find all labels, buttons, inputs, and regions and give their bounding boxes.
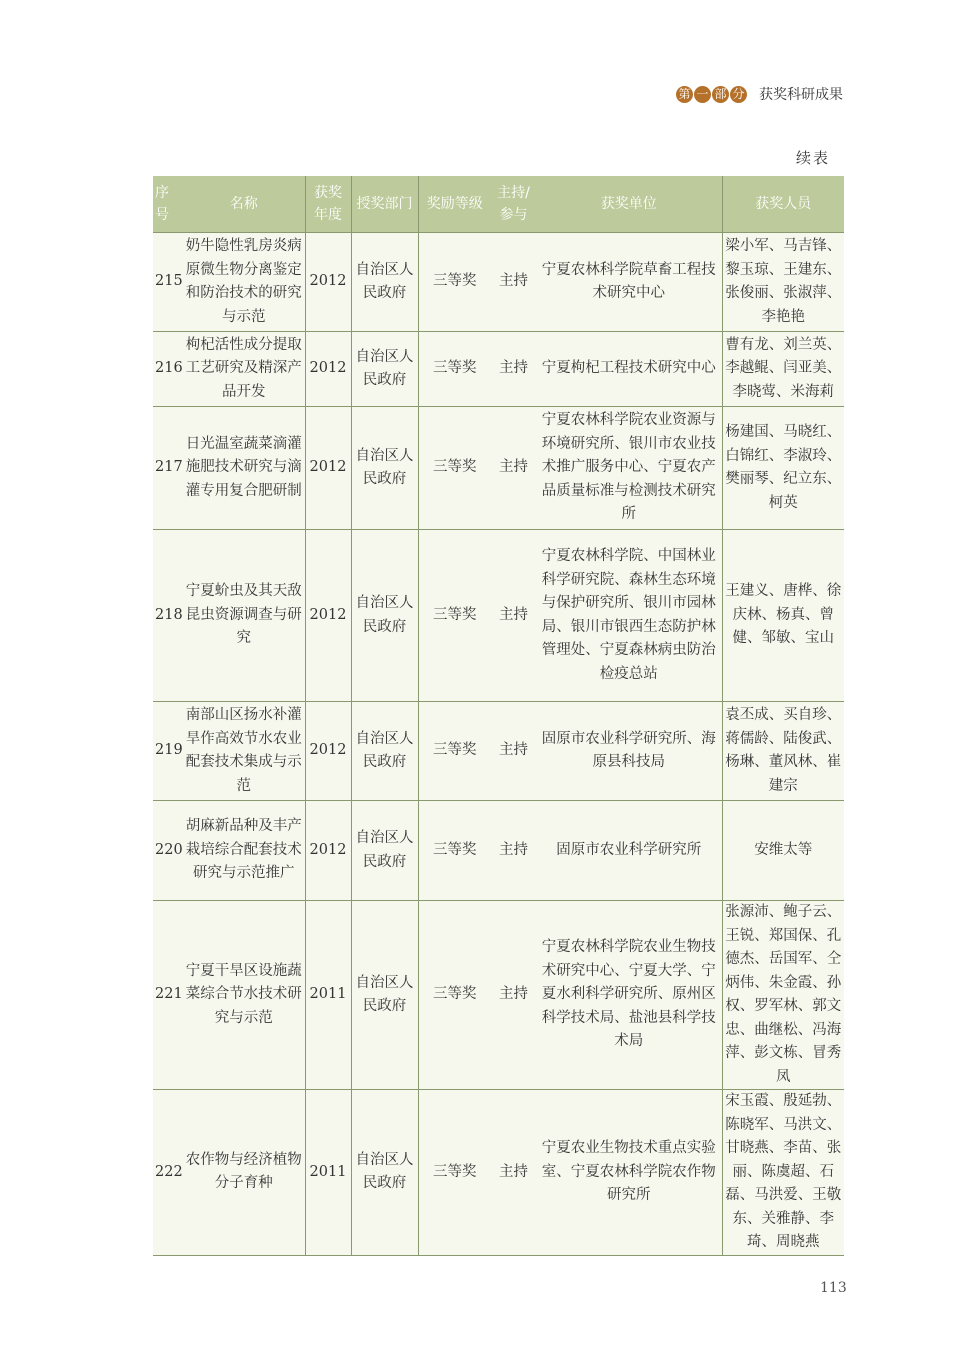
cell-name: 胡麻新品种及丰产栽培综合配套技术研究与示范推广: [183, 801, 305, 901]
table-header-row: 序号 名称 获奖年度 授奖部门 奖励等级 主持/参与 获奖单位 获奖人员: [153, 176, 844, 233]
table-row: 219 南部山区扬水补灌旱作高效节水农业配套技术集成与示范 2012 自治区人民…: [153, 702, 844, 801]
column-header-name: 名称: [183, 176, 305, 233]
cell-role: 主持: [491, 1090, 536, 1256]
cell-people: 袁丕成、买自珍、蒋儒龄、陆俊武、杨琳、董风林、崔建宗: [722, 702, 844, 801]
table-row: 221 宁夏干旱区设施蔬菜综合节水技术研究与示范 2011 自治区人民政府 三等…: [153, 901, 844, 1090]
cell-year: 2012: [305, 702, 351, 801]
cell-level: 三等奖: [418, 702, 491, 801]
cell-level: 三等奖: [418, 901, 491, 1090]
cell-year: 2012: [305, 530, 351, 702]
cell-unit: 宁夏农林科学院农业生物技术研究中心、宁夏大学、宁夏水利科学研究所、原州区科学技术…: [536, 901, 722, 1090]
cell-department: 自治区人民政府: [351, 407, 418, 530]
cell-name: 奶牛隐性乳房炎病原微生物分离鉴定和防治技术的研究与示范: [183, 233, 305, 332]
cell-seq: 220: [153, 801, 183, 901]
cell-role: 主持: [491, 530, 536, 702]
cell-unit: 宁夏枸杞工程技术研究中心: [536, 332, 722, 407]
cell-department: 自治区人民政府: [351, 702, 418, 801]
part-badge-char: 第: [676, 86, 693, 103]
table-row: 220 胡麻新品种及丰产栽培综合配套技术研究与示范推广 2012 自治区人民政府…: [153, 801, 844, 901]
running-header: 第 一 部 分 获奖科研成果: [676, 84, 843, 104]
table-row: 215 奶牛隐性乳房炎病原微生物分离鉴定和防治技术的研究与示范 2012 自治区…: [153, 233, 844, 332]
table-row: 218 宁夏蚧虫及其天敌昆虫资源调查与研究 2012 自治区人民政府 三等奖 主…: [153, 530, 844, 702]
cell-role: 主持: [491, 332, 536, 407]
cell-department: 自治区人民政府: [351, 233, 418, 332]
continued-label: 续表: [796, 147, 830, 168]
cell-name: 宁夏干旱区设施蔬菜综合节水技术研究与示范: [183, 901, 305, 1090]
part-badge-char: 一: [694, 86, 711, 103]
cell-level: 三等奖: [418, 801, 491, 901]
cell-unit: 宁夏农林科学院农业资源与环境研究所、银川市农业技术推广服务中心、宁夏农产品质量标…: [536, 407, 722, 530]
cell-seq: 219: [153, 702, 183, 801]
column-header-role: 主持/参与: [491, 176, 536, 233]
cell-unit: 宁夏农林科学院草畜工程技术研究中心: [536, 233, 722, 332]
column-header-department: 授奖部门: [351, 176, 418, 233]
cell-name: 宁夏蚧虫及其天敌昆虫资源调查与研究: [183, 530, 305, 702]
cell-unit: 固原市农业科学研究所: [536, 801, 722, 901]
part-badge: 第 一 部 分: [676, 86, 747, 103]
part-badge-char: 部: [712, 86, 729, 103]
cell-people: 安维太等: [722, 801, 844, 901]
cell-level: 三等奖: [418, 530, 491, 702]
cell-year: 2012: [305, 407, 351, 530]
column-header-level: 奖励等级: [418, 176, 491, 233]
cell-name: 枸杞活性成分提取工艺研究及精深产品开发: [183, 332, 305, 407]
cell-people: 杨建国、马晓红、白锦红、李淑玲、樊丽琴、纪立东、柯英: [722, 407, 844, 530]
cell-department: 自治区人民政府: [351, 801, 418, 901]
cell-people: 张源沛、鲍子云、王锐、郑国保、孔德杰、岳国军、仝炳伟、朱金霞、孙权、罗军林、郭文…: [722, 901, 844, 1090]
table-row: 217 日光温室蔬菜滴灌施肥技术研究与滴灌专用复合肥研制 2012 自治区人民政…: [153, 407, 844, 530]
table-row: 216 枸杞活性成分提取工艺研究及精深产品开发 2012 自治区人民政府 三等奖…: [153, 332, 844, 407]
cell-name: 日光温室蔬菜滴灌施肥技术研究与滴灌专用复合肥研制: [183, 407, 305, 530]
cell-department: 自治区人民政府: [351, 530, 418, 702]
cell-people: 梁小军、马吉锋、黎玉琼、王建东、张俊丽、张淑萍、李艳艳: [722, 233, 844, 332]
cell-year: 2011: [305, 1090, 351, 1256]
cell-seq: 221: [153, 901, 183, 1090]
cell-year: 2012: [305, 233, 351, 332]
table-row: 222 农作物与经济植物分子育种 2011 自治区人民政府 三等奖 主持 宁夏农…: [153, 1090, 844, 1256]
column-header-people: 获奖人员: [722, 176, 844, 233]
cell-seq: 216: [153, 332, 183, 407]
cell-role: 主持: [491, 801, 536, 901]
cell-name: 农作物与经济植物分子育种: [183, 1090, 305, 1256]
cell-seq: 222: [153, 1090, 183, 1256]
cell-unit: 固原市农业科学研究所、海原县科技局: [536, 702, 722, 801]
cell-department: 自治区人民政府: [351, 901, 418, 1090]
cell-department: 自治区人民政府: [351, 1090, 418, 1256]
cell-people: 王建义、唐桦、徐庆林、杨真、曾健、邹敏、宝山: [722, 530, 844, 702]
cell-seq: 217: [153, 407, 183, 530]
cell-people: 宋玉霞、殷延勃、陈晓军、马洪文、甘晓燕、李苗、张丽、陈虞超、石磊、马洪爱、王敬东…: [722, 1090, 844, 1256]
cell-year: 2012: [305, 332, 351, 407]
column-header-seq: 序号: [153, 176, 183, 233]
cell-people: 曹有龙、刘兰英、李越鲲、闫亚美、李晓莺、米海莉: [722, 332, 844, 407]
cell-department: 自治区人民政府: [351, 332, 418, 407]
cell-role: 主持: [491, 702, 536, 801]
awards-table: 序号 名称 获奖年度 授奖部门 奖励等级 主持/参与 获奖单位 获奖人员 215…: [153, 176, 844, 1256]
cell-year: 2011: [305, 901, 351, 1090]
cell-unit: 宁夏农业生物技术重点实验室、宁夏农林科学院农作物研究所: [536, 1090, 722, 1256]
page-number: 113: [820, 1280, 847, 1296]
cell-role: 主持: [491, 407, 536, 530]
cell-year: 2012: [305, 801, 351, 901]
cell-seq: 215: [153, 233, 183, 332]
column-header-year: 获奖年度: [305, 176, 351, 233]
cell-level: 三等奖: [418, 233, 491, 332]
cell-level: 三等奖: [418, 407, 491, 530]
cell-role: 主持: [491, 233, 536, 332]
cell-role: 主持: [491, 901, 536, 1090]
cell-unit: 宁夏农林科学院、中国林业科学研究院、森林生态环境与保护研究所、银川市园林局、银川…: [536, 530, 722, 702]
cell-name: 南部山区扬水补灌旱作高效节水农业配套技术集成与示范: [183, 702, 305, 801]
cell-level: 三等奖: [418, 1090, 491, 1256]
section-title: 获奖科研成果: [759, 84, 843, 104]
cell-level: 三等奖: [418, 332, 491, 407]
column-header-unit: 获奖单位: [536, 176, 722, 233]
part-badge-char: 分: [730, 86, 747, 103]
cell-seq: 218: [153, 530, 183, 702]
